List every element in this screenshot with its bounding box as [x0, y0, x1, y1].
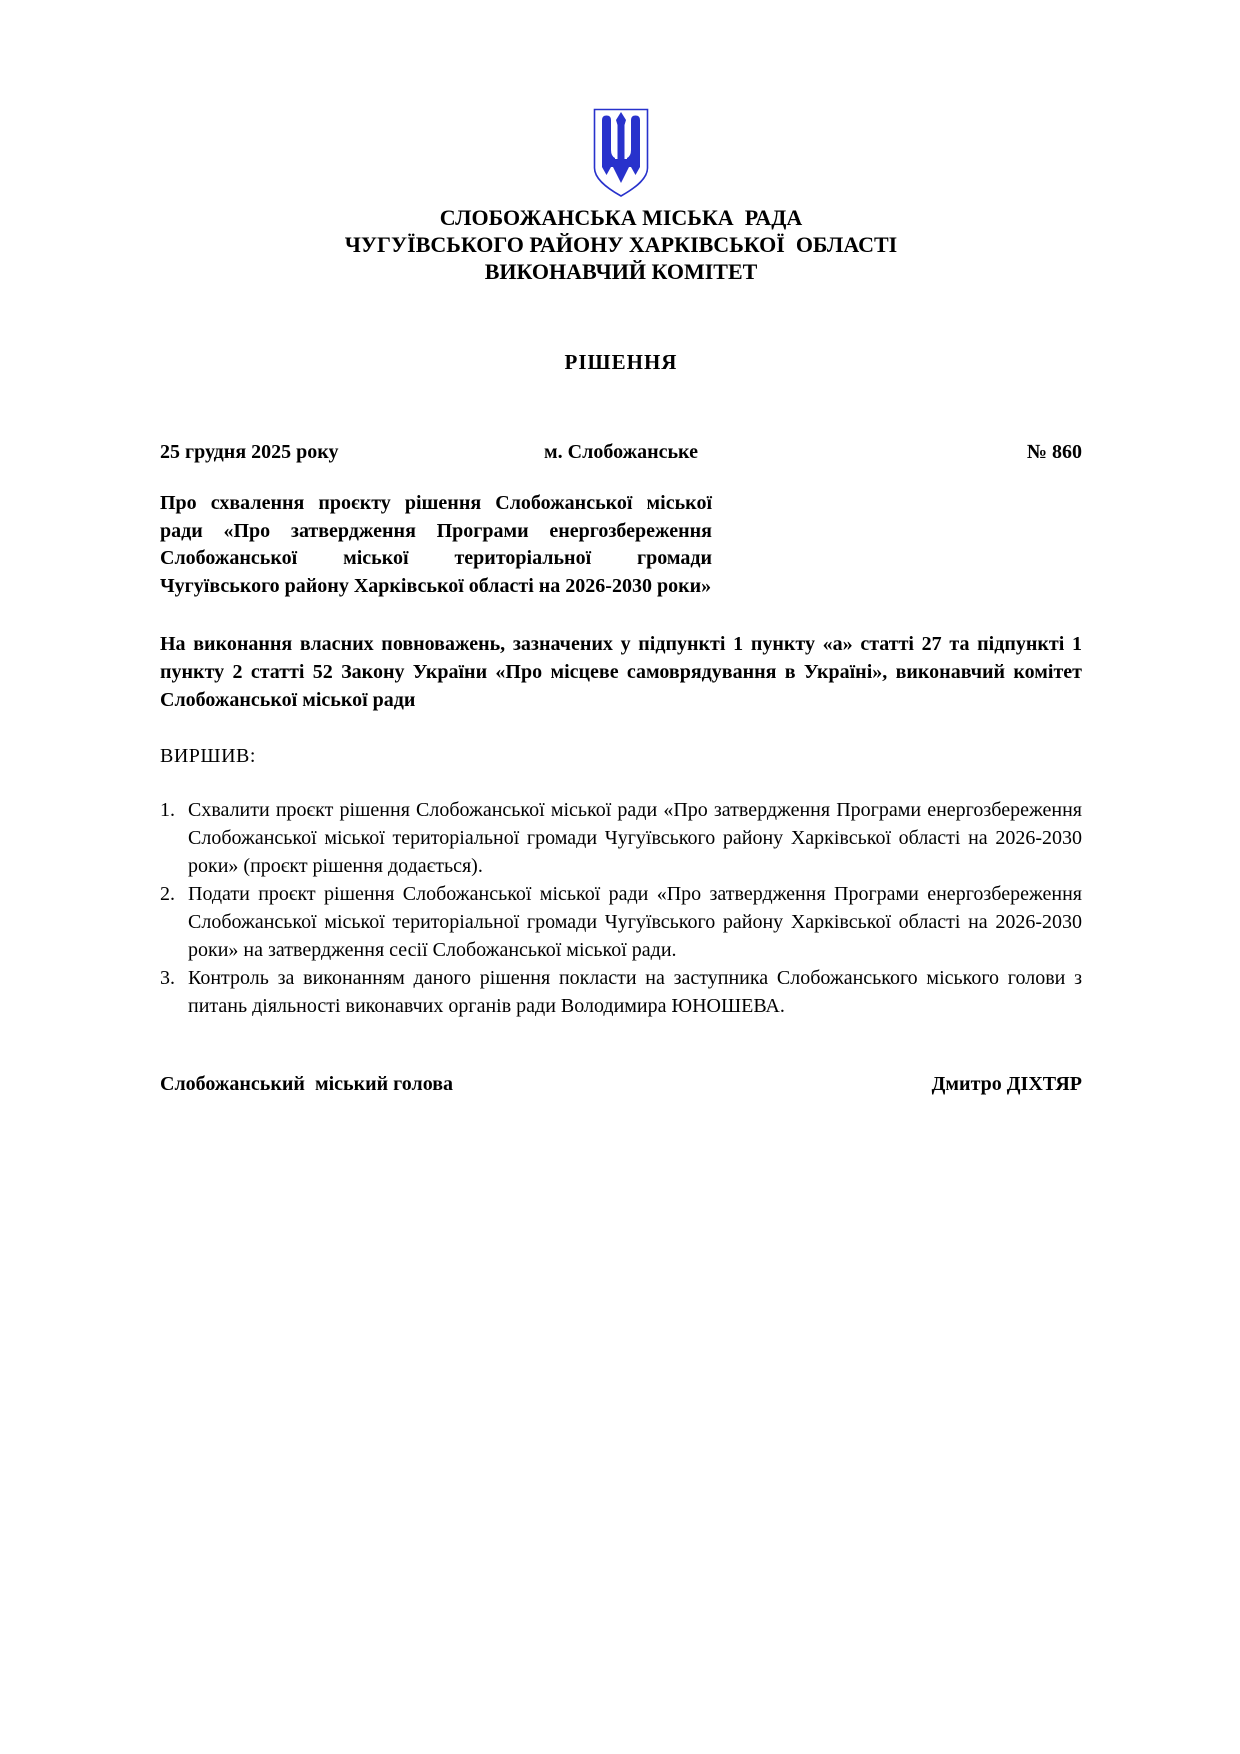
- document-number: № 860: [698, 438, 1082, 466]
- org-name: СЛОБОЖАНСЬКА МІСЬКА РАДА: [160, 204, 1082, 231]
- signatory-position: Слобожанський міський голова: [160, 1070, 453, 1098]
- org-district: ЧУГУЇВСЬКОГО РАЙОНУ ХАРКІВСЬКОЇ ОБЛАСТІ: [160, 231, 1082, 258]
- document-place: м. Слобожанське: [544, 438, 698, 466]
- org-header: СЛОБОЖАНСЬКА МІСЬКА РАДА ЧУГУЇВСЬКОГО РА…: [160, 204, 1082, 285]
- item-text: Схвалити проєкт рішення Слобожанської мі…: [188, 796, 1082, 880]
- trident-icon: [593, 108, 649, 198]
- item-text: Контроль за виконанням даного рішення по…: [188, 964, 1082, 1020]
- preamble-paragraph: На виконання власних повноважень, зазнач…: [160, 630, 1082, 714]
- signatory-name: Дмитро ДІХТЯР: [932, 1070, 1082, 1098]
- subject-paragraph: Про схвалення проєкту рішення Слобожансь…: [160, 490, 712, 600]
- item-number: 2.: [160, 880, 188, 964]
- signature-row: Слобожанський міський голова Дмитро ДІХТ…: [160, 1070, 1082, 1098]
- document-type-title: РІШЕННЯ: [160, 349, 1082, 376]
- item-number: 3.: [160, 964, 188, 1020]
- document-date: 25 грудня 2025 року: [160, 438, 544, 466]
- item-number: 1.: [160, 796, 188, 880]
- document-page: СЛОБОЖАНСЬКА МІСЬКА РАДА ЧУГУЇВСЬКОГО РА…: [0, 0, 1240, 1754]
- list-item: 2. Подати проєкт рішення Слобожанської м…: [160, 880, 1082, 964]
- list-item: 3. Контроль за виконанням даного рішення…: [160, 964, 1082, 1020]
- meta-row: 25 грудня 2025 року м. Слобожанське № 86…: [160, 438, 1082, 466]
- item-text: Подати проєкт рішення Слобожанської місь…: [188, 880, 1082, 964]
- decision-list: 1. Схвалити проєкт рішення Слобожанської…: [160, 796, 1082, 1020]
- list-item: 1. Схвалити проєкт рішення Слобожанської…: [160, 796, 1082, 880]
- org-executive-committee: ВИКОНАВЧИЙ КОМІТЕТ: [160, 258, 1082, 285]
- coat-of-arms: [160, 108, 1082, 198]
- decision-word: ВИРШИВ:: [160, 742, 1082, 770]
